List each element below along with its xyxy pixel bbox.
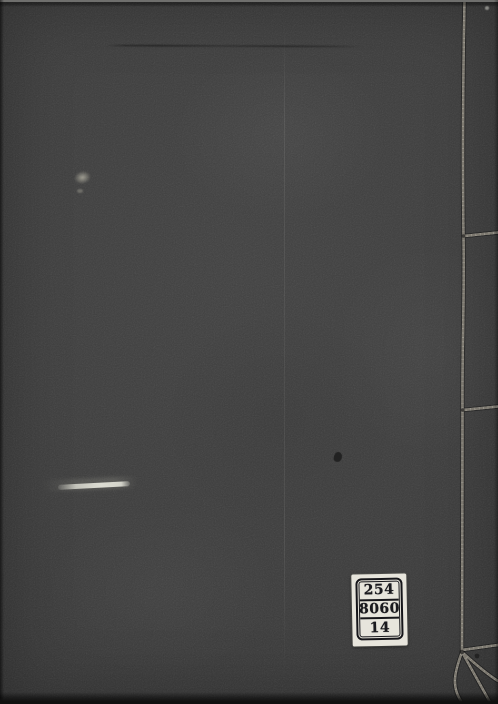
label-outer-frame: 254 8060 14 (355, 578, 403, 641)
smudge-dot-mark (77, 189, 83, 193)
label-inner-frame: 254 8060 14 (358, 581, 400, 638)
cover-top-edge (0, 0, 498, 7)
vertical-crease-mark (284, 20, 285, 680)
scan-vignette (0, 0, 498, 704)
book-cover-scan: 254 8060 14 (0, 0, 498, 704)
cover-right-edge (494, 0, 498, 704)
call-number-line-2: 8060 (360, 598, 399, 617)
call-number-line-1: 254 (359, 582, 398, 599)
call-number-line-3: 14 (360, 617, 399, 636)
cover-bottom-edge (0, 692, 498, 704)
cover-left-edge (0, 0, 4, 704)
call-number-label: 254 8060 14 (351, 573, 407, 646)
